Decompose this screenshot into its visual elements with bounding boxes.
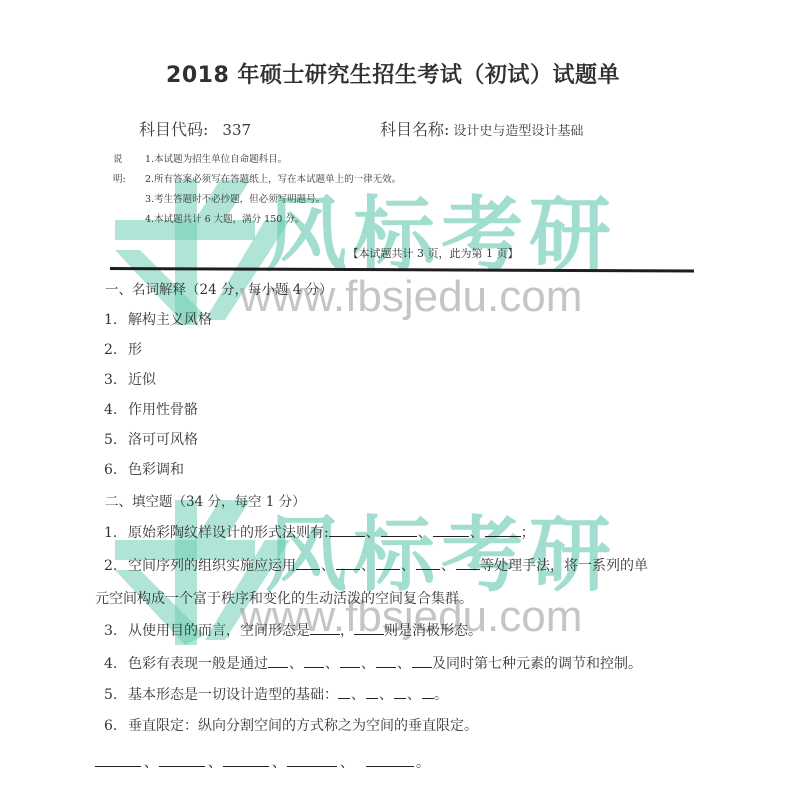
answer-blank[interactable] xyxy=(366,684,378,699)
fill-question-2-continued: 元空间构成一个富于秩序和变化的生动活泼的空间复合集群。 xyxy=(95,588,473,608)
answer-blank[interactable] xyxy=(416,555,440,570)
answer-blank[interactable] xyxy=(422,684,434,699)
exam-title: 2018 年硕士研究生招生考试（初试）试题单 xyxy=(0,58,786,89)
answer-blank[interactable] xyxy=(338,684,350,699)
answer-blank[interactable] xyxy=(456,555,480,570)
section-2-heading: 二、填空题（34 分，每空 1 分） xyxy=(105,490,306,510)
fill-question-4: 4.色彩有表现一般是通过、、、、及同时第七种元素的调节和控制。 xyxy=(104,653,642,673)
instructions-label: 说明: xyxy=(113,150,126,190)
fill-question-3: 3.从使用目的而言，空间形态是，则是消极形态。 xyxy=(104,620,482,640)
subject-name: 科目名称:设计史与造型设计基础 xyxy=(380,117,583,140)
answer-blank[interactable] xyxy=(394,684,406,699)
subject-code: 科目代码:337 xyxy=(139,117,251,140)
fill-question-1: 1.原始彩陶纹样设计的形式法则有:、、、； xyxy=(104,522,535,542)
answer-blank[interactable] xyxy=(296,555,320,570)
answer-blank[interactable] xyxy=(310,620,340,635)
answer-blank[interactable] xyxy=(354,620,384,635)
fill-question-6-blanks: 、、、、。 xyxy=(95,752,430,772)
instruction-item: 3.考生答题时不必抄题，但必须写明题号。 xyxy=(145,190,401,210)
page-info: 【本试题共计 3 页，此为第 1 页】 xyxy=(0,245,786,261)
instruction-item: 2.所有答案必须写在答题纸上，写在本试题单上的一律无效。 xyxy=(145,170,401,190)
answer-blank[interactable] xyxy=(381,522,417,537)
answer-blank[interactable] xyxy=(159,752,205,767)
term-item: 6.色彩调和 xyxy=(104,459,184,479)
answer-blank[interactable] xyxy=(336,555,360,570)
subject-code-label: 科目代码: xyxy=(139,120,208,139)
answer-blank[interactable] xyxy=(340,653,360,668)
term-item: 3.近似 xyxy=(104,369,156,389)
instruction-item: 1.本试题为招生单位自命题科目。 xyxy=(145,150,401,170)
answer-blank[interactable] xyxy=(287,752,337,767)
answer-blank[interactable] xyxy=(95,752,141,767)
subject-name-value: 设计史与造型设计基础 xyxy=(453,124,583,139)
fill-question-5: 5.基本形态是一切设计造型的基础：、、、。 xyxy=(104,684,448,704)
answer-blank[interactable] xyxy=(329,522,365,537)
subject-name-label: 科目名称: xyxy=(380,120,449,139)
term-item: 1.解构主义风格 xyxy=(104,309,212,329)
answer-blank[interactable] xyxy=(376,653,396,668)
answer-blank[interactable] xyxy=(412,653,432,668)
header-divider xyxy=(110,267,694,273)
answer-blank[interactable] xyxy=(376,555,400,570)
term-item: 4.作用性骨骼 xyxy=(104,399,198,419)
fill-question-6: 6.垂直限定：纵向分割空间的方式称之为空间的垂直限定。 xyxy=(104,715,478,735)
subject-code-value: 337 xyxy=(222,121,251,139)
answer-blank[interactable] xyxy=(433,522,469,537)
term-item: 2.形 xyxy=(104,339,142,359)
fill-question-2: 2.空间序列的组织实施应运用、、、、等处理手法，将一系列的单 xyxy=(104,555,648,575)
term-item: 5.洛可可风格 xyxy=(104,429,198,449)
answer-blank[interactable] xyxy=(485,522,521,537)
answer-blank[interactable] xyxy=(268,653,288,668)
answer-blank[interactable] xyxy=(366,752,414,767)
answer-blank[interactable] xyxy=(304,653,324,668)
exam-page: 风标考研 www.fbsjedu.com 风标考研 www.fbsjedu.co… xyxy=(0,0,786,793)
section-1-heading: 一、名词解释（24 分，每小题 4 分） xyxy=(105,278,333,298)
instruction-item: 4.本试题共计 6 大题，满分 150 分。 xyxy=(145,210,401,230)
answer-blank[interactable] xyxy=(223,752,269,767)
